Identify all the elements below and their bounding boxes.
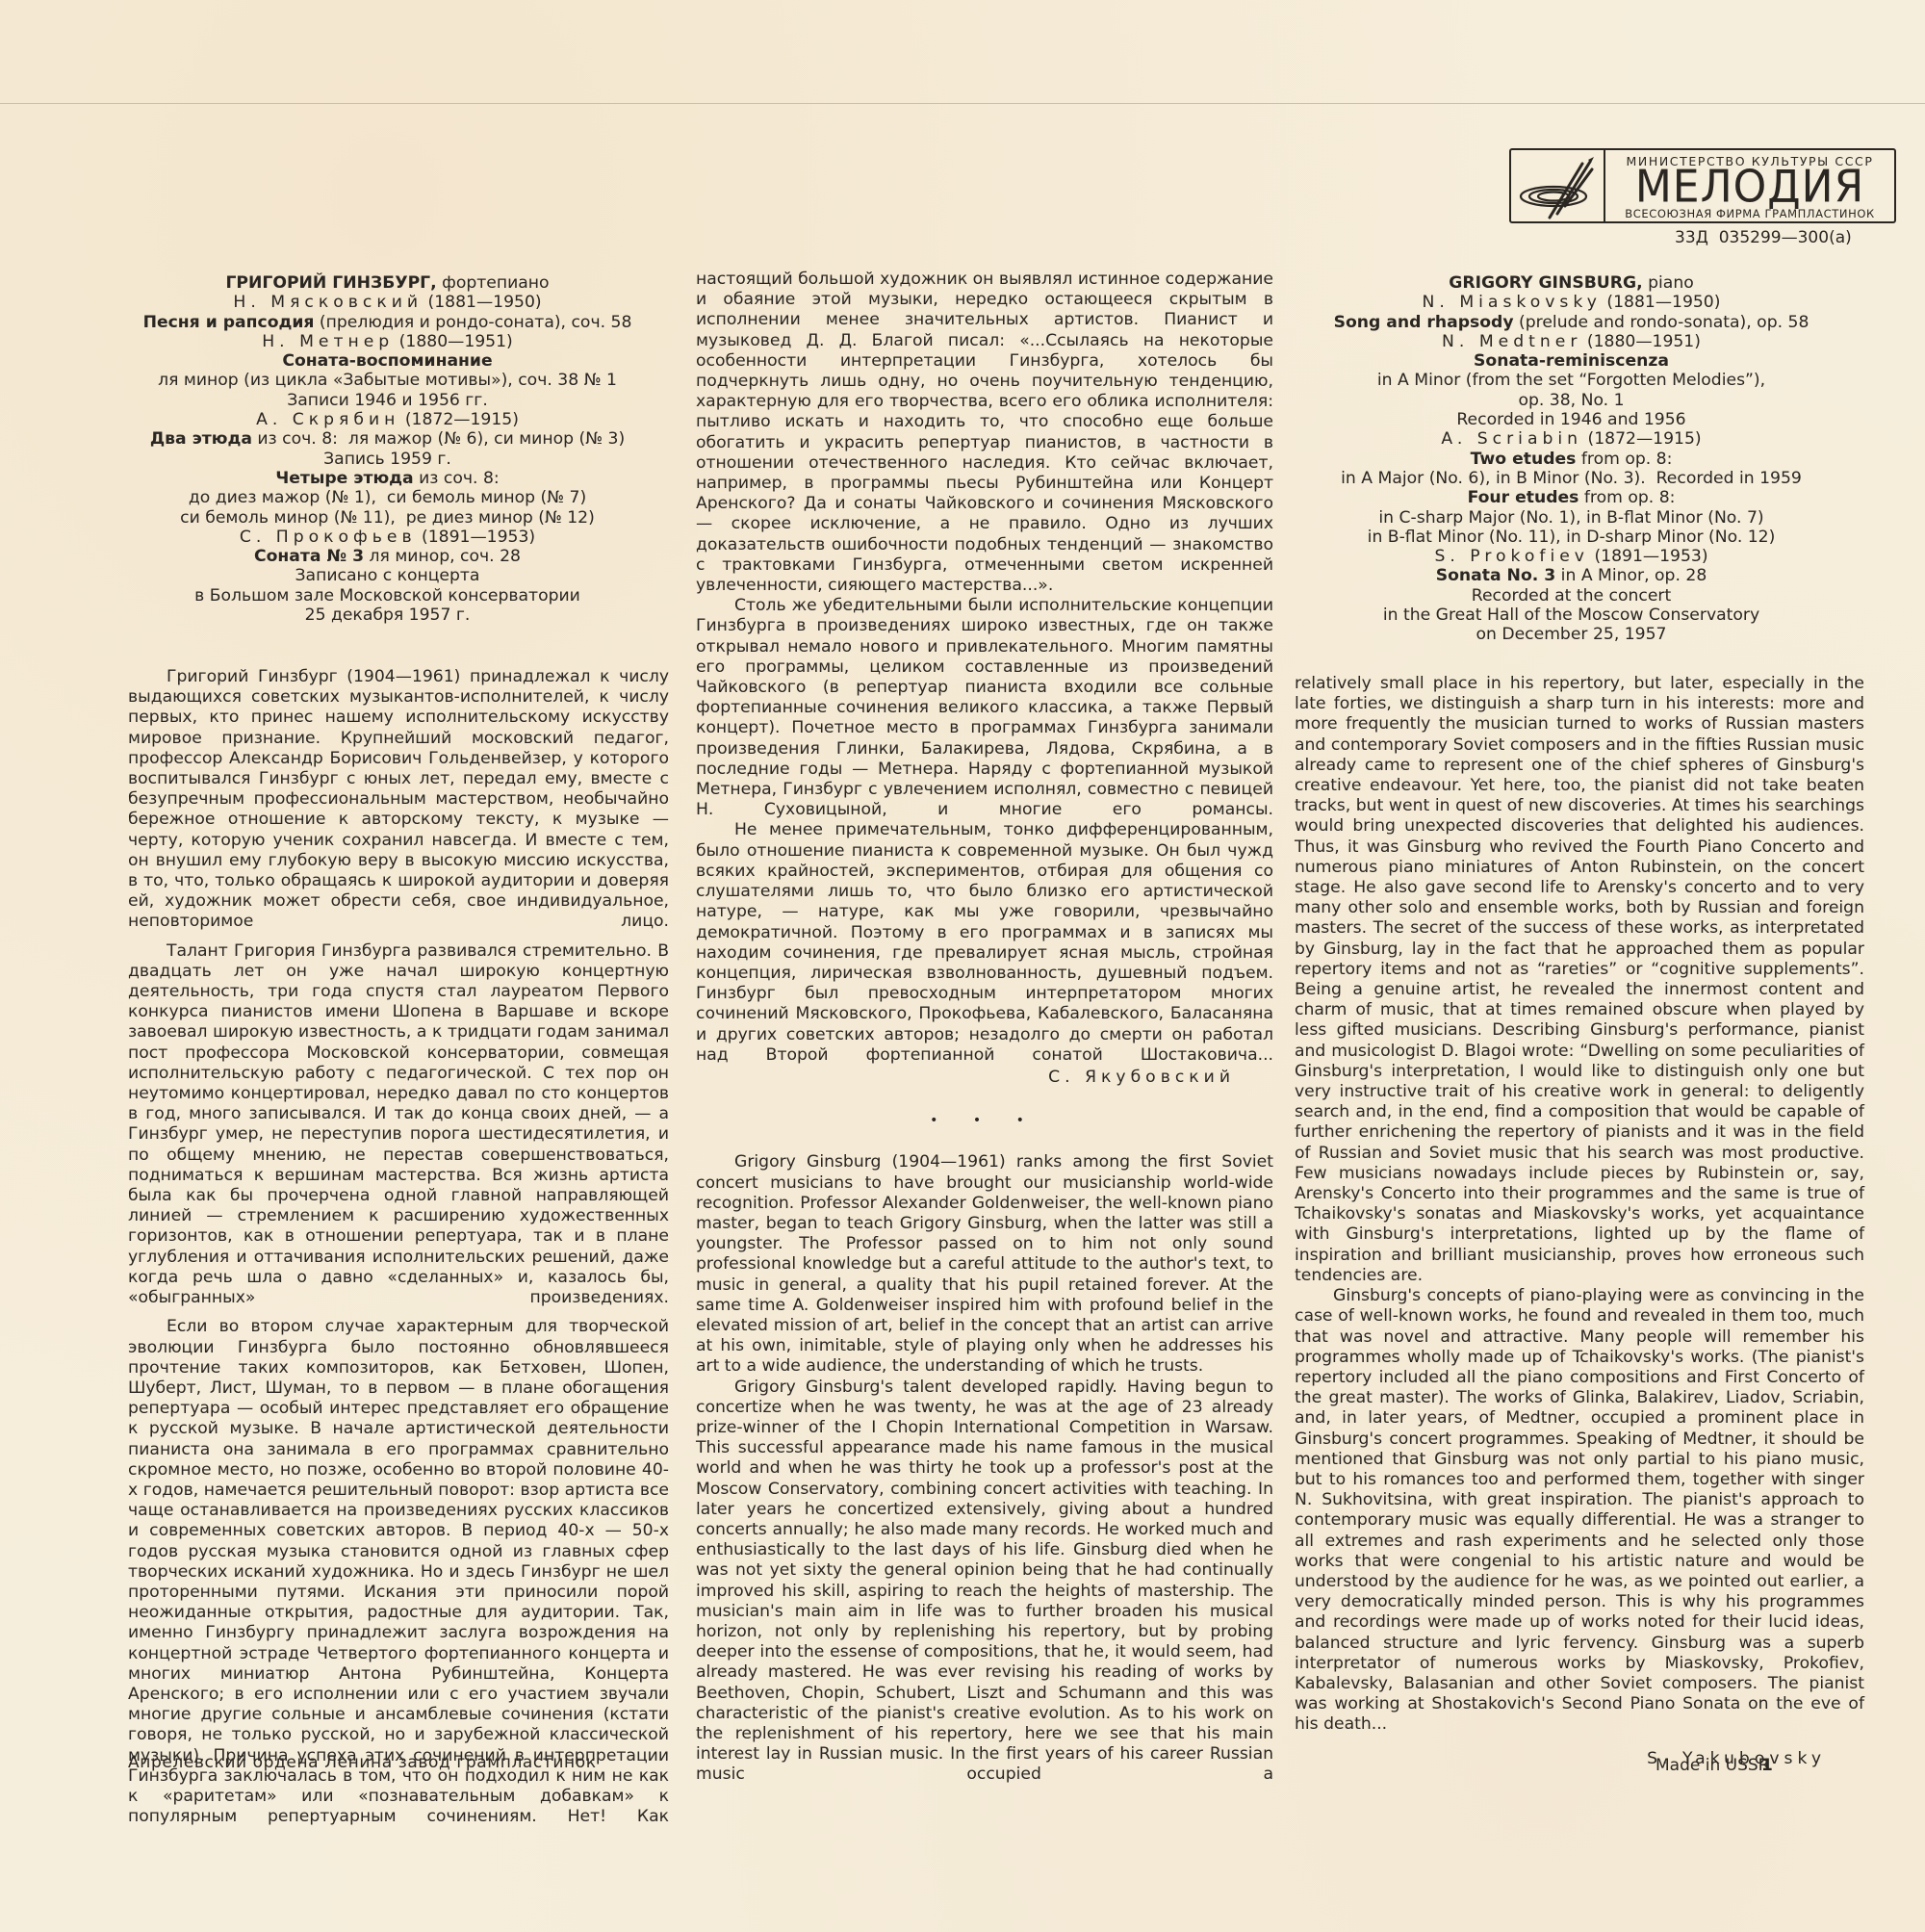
composer-name: Н. Метнер — [262, 332, 394, 351]
melodiya-logo-icon — [1511, 150, 1605, 221]
en-credit-line: Sonata No. 3 in A Minor, op. 28 — [1285, 566, 1858, 585]
ru-essay-paragraph: Не менее примечательным, тонко дифференц… — [696, 820, 1273, 1065]
ru-essay-signature: С. Якубовский — [696, 1068, 1273, 1088]
en-essay-paragraph: Grigory Ginsburg's talent developed rapi… — [696, 1378, 1273, 1786]
ru-essay-paragraph: Григорий Гинзбург (1904—1961) принадлежа… — [128, 667, 669, 933]
ru-essay-paragraph: Талант Григория Гинзбурга развивался стр… — [128, 941, 669, 1309]
ru-credit-line: Записи 1946 и 1956 гг. — [130, 391, 645, 410]
en-essay-paragraph: relatively small place in his repertory,… — [1295, 674, 1864, 1286]
brand-name: МЕЛОДИЯ — [1605, 167, 1894, 208]
made-in-label: Made in USSR — [1655, 1756, 1769, 1775]
fold-line — [0, 103, 1925, 104]
ru-track-list: ГРИГОРИЙ ГИНЗБУРГ, фортепиано Н. Мясковс… — [130, 273, 645, 625]
en-credit-line: N. Medtner (1880—1951) — [1285, 332, 1858, 351]
page-number: 1 — [1761, 1756, 1773, 1775]
en-track-list: GRIGORY GINSBURG, piano N. Miaskovsky (1… — [1285, 273, 1858, 645]
ru-credit-line: С. Прокофьев (1891—1953) — [130, 528, 645, 547]
composer-name: N. Medtner — [1442, 332, 1581, 351]
middle-column: настоящий большой художник он выявлял ис… — [696, 270, 1273, 1786]
en-credit-line: Two etudes from op. 8: — [1285, 450, 1858, 469]
en-credit-line: S. Prokofiev (1891—1953) — [1285, 547, 1858, 566]
en-credit-line: in A Minor (from the set “Forgotten Melo… — [1285, 371, 1858, 390]
ru-performer: ГРИГОРИЙ ГИНЗБУРГ, фортепиано — [130, 273, 645, 293]
en-credit-line: in B-flat Minor (No. 11), in D-sharp Min… — [1285, 528, 1858, 547]
en-credit-line: Sonata-reminiscenza — [1285, 351, 1858, 371]
ru-credit-line: А. Скрябин (1872—1915) — [130, 410, 645, 429]
composer-name: Н. Мясковский — [233, 293, 423, 312]
en-credit-line: in the Great Hall of the Moscow Conserva… — [1285, 605, 1858, 625]
ru-credit-line: Соната № 3 ля минор, соч. 28 — [130, 547, 645, 566]
en-credit-line: Four etudes from op. 8: — [1285, 488, 1858, 507]
en-credit-line: in A Major (No. 6), in B Minor (No. 3). … — [1285, 469, 1858, 488]
composer-name: A. Scriabin — [1441, 429, 1582, 449]
en-credit-line: on December 25, 1957 — [1285, 625, 1858, 644]
ru-credit-line: Два этюда из соч. 8: ля мажор (№ 6), си … — [130, 429, 645, 449]
ru-credit-line: ля минор (из цикла «Забытые мотивы»), со… — [130, 371, 645, 390]
composer-name: S. Prokofiev — [1434, 547, 1589, 566]
ru-essay-paragraph: Столь же убедительными были исполнительс… — [696, 596, 1273, 820]
catalog-number: 33Д 035299—300(а) — [1675, 228, 1852, 247]
en-credit-line: op. 38, No. 1 — [1285, 391, 1858, 410]
ru-credit-line: си бемоль минор (№ 11), ре диез минор (№… — [130, 508, 645, 528]
en-credit-line: A. Scriabin (1872—1915) — [1285, 429, 1858, 449]
en-credit-line: Recorded in 1946 and 1956 — [1285, 410, 1858, 429]
ru-credit-line: 25 декабря 1957 г. — [130, 605, 645, 625]
composer-name: N. Miaskovsky — [1423, 293, 1602, 312]
ru-credit-line: Запись 1959 г. — [130, 450, 645, 469]
composer-name: А. Скрябин — [256, 410, 399, 429]
ru-essay-paragraph: Если во втором случае характерным для тв… — [128, 1317, 669, 1827]
ru-credit-line: Четыре этюда из соч. 8: — [130, 469, 645, 488]
en-essay-signature: S. Yakubovsky — [1295, 1749, 1864, 1769]
ru-credit-line: Песня и рапсодия (прелюдия и рондо-сонат… — [130, 313, 645, 332]
en-essay-column-3: relatively small place in his repertory,… — [1295, 674, 1864, 1769]
ru-credit-line: Записано с концерта — [130, 566, 645, 585]
section-separator: • • • — [696, 1111, 1273, 1131]
en-essay-paragraph: Ginsburg's concepts of piano-playing wer… — [1295, 1286, 1864, 1735]
ru-credit-line: Соната-воспоминание — [130, 351, 645, 371]
en-credit-line: Recorded at the concert — [1285, 586, 1858, 605]
en-performer: GRIGORY GINSBURG, piano — [1285, 273, 1858, 293]
en-credit-line: in C-sharp Major (No. 1), in B-flat Mino… — [1285, 508, 1858, 528]
composer-name: С. Прокофьев — [240, 528, 417, 547]
en-essay-paragraph: Grigory Ginsburg (1904—1961) ranks among… — [696, 1152, 1273, 1377]
manufacturer-note: Апрелевский ордена Ленина завод грамплас… — [128, 1753, 597, 1772]
ru-essay-paragraph: настоящий большой художник он выявлял ис… — [696, 270, 1273, 596]
melodiya-logo: МИНИСТЕРСТВО КУЛЬТУРЫ СССР МЕЛОДИЯ ВСЕСО… — [1509, 148, 1896, 223]
en-credit-line: N. Miaskovsky (1881—1950) — [1285, 293, 1858, 312]
ru-credit-line: до диез мажор (№ 1), си бемоль минор (№ … — [130, 488, 645, 507]
ru-credit-line: в Большом зале Московской консерватории — [130, 586, 645, 605]
ru-credit-line: Н. Метнер (1880—1951) — [130, 332, 645, 351]
ru-essay-column-1: Григорий Гинзбург (1904—1961) принадлежа… — [128, 667, 669, 1827]
ru-credit-line: Н. Мясковский (1881—1950) — [130, 293, 645, 312]
en-credit-line: Song and rhapsody (prelude and rondo-son… — [1285, 313, 1858, 332]
